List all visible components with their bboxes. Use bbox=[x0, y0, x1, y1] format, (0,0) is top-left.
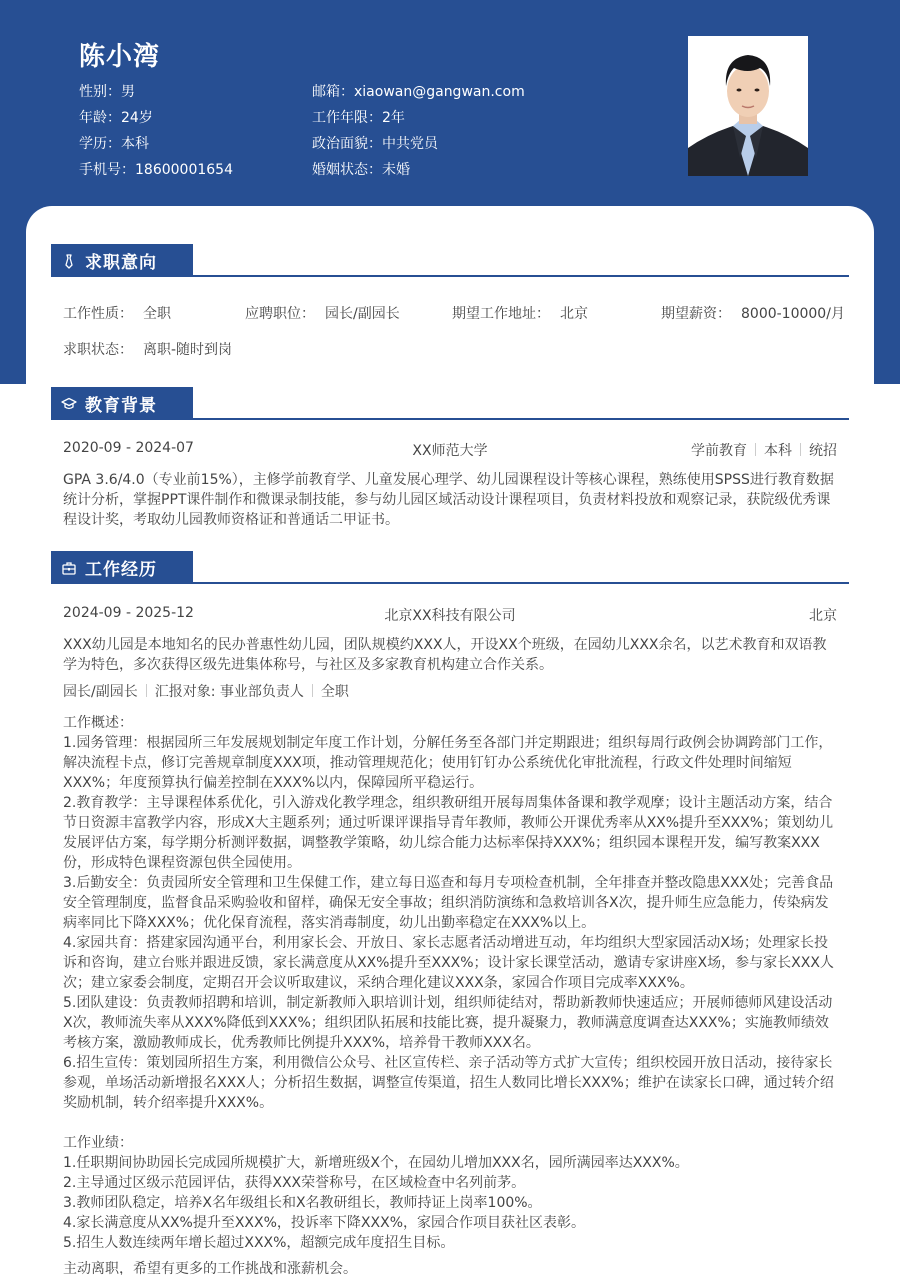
info-value: 中共党员 bbox=[382, 136, 438, 152]
info-label: 年龄： bbox=[79, 110, 121, 126]
achievement-item: 3.教师团队稳定，培养X名年级组长和X名教研组长，教师持证上岗率100%。 bbox=[63, 1193, 837, 1213]
divider bbox=[312, 684, 313, 697]
section-header: 教育背景 bbox=[51, 387, 849, 420]
education-header-row: 2020-09 - 2024-07 XX师范大学 学前教育本科统招 bbox=[63, 440, 837, 460]
work-header-row: 2024-09 - 2025-12 北京XX科技有限公司 北京 bbox=[63, 605, 837, 625]
overview-item: 1.园务管理：根据园所三年发展规划制定年度工作计划，分解任务至各部门并定期跟进；… bbox=[63, 733, 837, 793]
section-title: 工作经历 bbox=[85, 555, 157, 580]
info-label: 性别： bbox=[79, 84, 121, 100]
info-value: xiaowan@gangwan.com bbox=[354, 84, 525, 100]
section-work-experience: 工作经历 2024-09 - 2025-12 北京XX科技有限公司 北京 XXX… bbox=[51, 551, 849, 1275]
degree: 本科 bbox=[764, 443, 792, 459]
info-phone: 手机号：18600001654 bbox=[79, 158, 233, 184]
overview-item: 2.教育教学：主导课程体系优化，引入游戏化教学理念，组织教研组开展每周集体备课和… bbox=[63, 793, 837, 873]
profile-photo bbox=[688, 36, 808, 176]
info-label: 工作年限： bbox=[312, 110, 382, 126]
info-age: 年龄：24岁 bbox=[79, 106, 233, 132]
overview-item: 5.团队建设：负责教师招聘和培训，制定新教师入职培训计划，组织师徒结对，帮助新教… bbox=[63, 993, 837, 1053]
intent-position: 应聘职位：园长/副园长 bbox=[245, 303, 400, 323]
achievement-item: 5.招生人数连续两年增长超过XXX%，超额完成年度招生目标。 bbox=[63, 1233, 837, 1253]
info-label: 婚姻状态： bbox=[312, 162, 382, 178]
basic-info-left: 性别：男 年龄：24岁 学历：本科 手机号：18600001654 bbox=[79, 80, 233, 184]
achievement-item: 4.家长满意度从XX%提升至XXX%，投诉率下降XXX%，家园合作项目获社区表彰… bbox=[63, 1213, 837, 1233]
section-header: 工作经历 bbox=[51, 551, 849, 584]
work-tags: 园长/副园长汇报对象: 事业部负责人全职 bbox=[63, 681, 837, 701]
candidate-name: 陈小湾 bbox=[79, 36, 160, 73]
field-label: 期望薪资： bbox=[661, 306, 731, 322]
section-title: 求职意向 bbox=[85, 248, 157, 273]
tie-icon bbox=[61, 253, 77, 269]
section-job-intent: 求职意向 bbox=[51, 244, 849, 277]
achievement-item: 2.主导通过区级示范园评估，获得XXX荣誉称号，在区域检查中名列前茅。 bbox=[63, 1173, 837, 1193]
section-title-tab: 教育背景 bbox=[51, 387, 193, 420]
field-value: 北京 bbox=[560, 306, 588, 322]
tag-job-type: 全职 bbox=[321, 684, 349, 700]
info-label: 手机号： bbox=[79, 162, 135, 178]
intent-salary: 期望薪资：8000-10000/月 bbox=[661, 303, 845, 323]
info-value: 男 bbox=[121, 84, 135, 100]
basic-info-right: 邮箱：xiaowan@gangwan.com 工作年限：2年 政治面貌：中共党员… bbox=[312, 80, 525, 184]
info-experience-years: 工作年限：2年 bbox=[312, 106, 525, 132]
company-name: 北京XX科技有限公司 bbox=[63, 605, 837, 625]
company-description: XXX幼儿园是本地知名的民办普惠性幼儿园，团队规模约XXX人，开设XX个班级，在… bbox=[63, 635, 837, 675]
field-value: 全职 bbox=[143, 306, 171, 322]
graduation-cap-icon bbox=[61, 396, 77, 412]
info-value: 24岁 bbox=[121, 110, 153, 126]
field-label: 期望工作地址： bbox=[452, 306, 550, 322]
work-achievements: 工作业绩： 1.任职期间协助园长完成园所规模扩大，新增班级X个，在园幼儿增加XX… bbox=[63, 1133, 837, 1253]
achievements-label: 工作业绩： bbox=[63, 1133, 837, 1153]
info-value: 本科 bbox=[121, 136, 149, 152]
intent-location: 期望工作地址：北京 bbox=[452, 303, 588, 323]
info-email: 邮箱：xiaowan@gangwan.com bbox=[312, 80, 525, 106]
divider bbox=[146, 684, 147, 697]
field-label: 应聘职位： bbox=[245, 306, 315, 322]
briefcase-icon bbox=[61, 560, 77, 576]
major: 学前教育 bbox=[691, 443, 747, 459]
section-education: 教育背景 2020-09 - 2024-07 XX师范大学 学前教育本科统招 G… bbox=[51, 387, 849, 530]
intent-job-type: 工作性质：全职 bbox=[63, 303, 171, 323]
info-value: 2年 bbox=[382, 110, 405, 126]
overview-label: 工作概述： bbox=[63, 713, 837, 733]
divider bbox=[755, 443, 756, 456]
info-value: 未婚 bbox=[382, 162, 410, 178]
work-overview: 工作概述： 1.园务管理：根据园所三年发展规划制定年度工作计划，分解任务至各部门… bbox=[63, 713, 837, 1113]
overview-item: 6.招生宣传：策划园所招生方案，利用微信公众号、社区宣传栏、亲子活动等方式扩大宣… bbox=[63, 1053, 837, 1113]
divider bbox=[800, 443, 801, 456]
info-marital-status: 婚姻状态：未婚 bbox=[312, 158, 525, 184]
overview-item: 3.后勤安全：负责园所安全管理和卫生保健工作，建立每日巡查和每月专项检查机制，全… bbox=[63, 873, 837, 933]
leave-reason: 主动离职，希望有更多的工作挑战和涨薪机会。 bbox=[63, 1259, 837, 1275]
info-label: 政治面貌： bbox=[312, 136, 382, 152]
section-header: 求职意向 bbox=[51, 244, 849, 277]
field-value: 8000-10000/月 bbox=[741, 306, 845, 322]
education-description: GPA 3.6/4.0（专业前15%），主修学前教育学、儿童发展心理学、幼儿园课… bbox=[63, 470, 837, 530]
work-location: 北京 bbox=[809, 605, 837, 625]
section-title-tab: 工作经历 bbox=[51, 551, 193, 584]
enrollment-type: 统招 bbox=[809, 443, 837, 459]
overview-item: 4.家园共育：搭建家园沟通平台，利用家长会、开放日、家长志愿者活动增进互动，年均… bbox=[63, 933, 837, 993]
info-label: 邮箱： bbox=[312, 84, 354, 100]
profile-header: 陈小湾 性别：男 年龄：24岁 学历：本科 手机号：18600001654 邮箱… bbox=[0, 0, 900, 206]
field-value: 园长/副园长 bbox=[325, 306, 400, 322]
info-value: 18600001654 bbox=[135, 162, 233, 178]
info-label: 学历： bbox=[79, 136, 121, 152]
tag-position: 园长/副园长 bbox=[63, 684, 138, 700]
tag-report-to: 汇报对象: 事业部负责人 bbox=[155, 684, 304, 700]
education-meta: 学前教育本科统招 bbox=[691, 440, 837, 460]
field-label: 工作性质： bbox=[63, 306, 133, 322]
field-value: 离职-随时到岗 bbox=[143, 342, 232, 358]
info-political-status: 政治面貌：中共党员 bbox=[312, 132, 525, 158]
achievement-item: 1.任职期间协助园长完成园所规模扩大，新增班级X个，在园幼儿增加XXX名，园所满… bbox=[63, 1153, 837, 1173]
field-label: 求职状态： bbox=[63, 342, 133, 358]
info-gender: 性别：男 bbox=[79, 80, 233, 106]
section-title-tab: 求职意向 bbox=[51, 244, 193, 277]
section-title: 教育背景 bbox=[85, 391, 157, 416]
intent-status: 求职状态：离职-随时到岗 bbox=[63, 339, 232, 359]
info-education: 学历：本科 bbox=[79, 132, 233, 158]
